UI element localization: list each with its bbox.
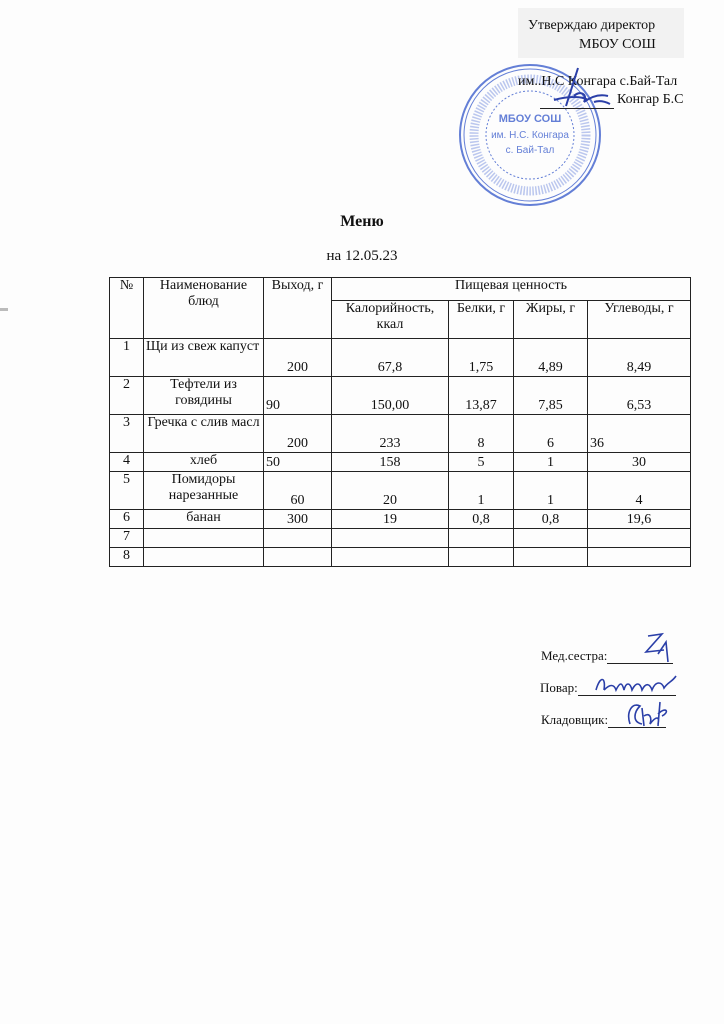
cell-fat — [514, 529, 588, 548]
cell-protein: 5 — [449, 453, 514, 472]
cell-carbs: 4 — [588, 472, 691, 510]
cell-yield: 300 — [264, 510, 332, 529]
cell-name: Щи из свеж капуст — [144, 339, 264, 377]
table-row: 8 — [110, 548, 691, 567]
cook-signature — [592, 672, 682, 698]
cell-calories — [332, 548, 449, 567]
cell-fat: 4,89 — [514, 339, 588, 377]
cell-fat: 1 — [514, 453, 588, 472]
cell-name — [144, 548, 264, 567]
document-date: на 12.05.23 — [0, 248, 724, 265]
cell-carbs — [588, 529, 691, 548]
header-num: № — [110, 278, 144, 339]
cell-num: 8 — [110, 548, 144, 567]
cell-name — [144, 529, 264, 548]
cell-name: Гречка с слив масл — [144, 415, 264, 453]
cell-fat: 6 — [514, 415, 588, 453]
director-signature — [548, 66, 618, 112]
header-protein: Белки, г — [449, 301, 514, 339]
nurse-signature — [638, 632, 678, 668]
cell-protein: 1 — [449, 472, 514, 510]
svg-text:МБОУ СОШ: МБОУ СОШ — [499, 113, 562, 125]
cell-calories: 158 — [332, 453, 449, 472]
svg-text:им. Н.С. Конгара: им. Н.С. Конгара — [491, 130, 569, 141]
header-nutrition-group: Пищевая ценность — [332, 278, 691, 301]
cell-name: банан — [144, 510, 264, 529]
cell-yield: 60 — [264, 472, 332, 510]
cell-num: 3 — [110, 415, 144, 453]
cell-protein: 1,75 — [449, 339, 514, 377]
approval-line-1: Утверждаю директор — [528, 18, 655, 34]
cell-calories: 150,00 — [332, 377, 449, 415]
table-row: 7 — [110, 529, 691, 548]
cell-protein: 13,87 — [449, 377, 514, 415]
cell-calories: 233 — [332, 415, 449, 453]
cell-fat — [514, 548, 588, 567]
scan-edge-mark — [0, 308, 8, 311]
cell-num: 5 — [110, 472, 144, 510]
cell-carbs: 19,6 — [588, 510, 691, 529]
cell-name: хлеб — [144, 453, 264, 472]
cook-label: Повар: — [540, 680, 578, 695]
header-fat: Жиры, г — [514, 301, 588, 339]
cell-yield: 200 — [264, 339, 332, 377]
cell-protein — [449, 529, 514, 548]
cell-carbs: 30 — [588, 453, 691, 472]
table-row: 5Помидоры нарезанные6020114 — [110, 472, 691, 510]
cell-num: 7 — [110, 529, 144, 548]
table-row: 2Тефтели из говядины90150,0013,877,856,5… — [110, 377, 691, 415]
cell-fat: 1 — [514, 472, 588, 510]
cell-num: 2 — [110, 377, 144, 415]
cell-calories: 67,8 — [332, 339, 449, 377]
cell-protein: 0,8 — [449, 510, 514, 529]
cell-yield: 200 — [264, 415, 332, 453]
cell-num: 1 — [110, 339, 144, 377]
header-name: Наименование блюд — [144, 278, 264, 339]
table-row: 4хлеб501585130 — [110, 453, 691, 472]
cell-name: Помидоры нарезанные — [144, 472, 264, 510]
director-name: Конгар Б.С — [617, 92, 683, 108]
header-calories: Калорийность, ккал — [332, 301, 449, 339]
cell-carbs — [588, 548, 691, 567]
svg-text:с. Бай-Тал: с. Бай-Тал — [506, 145, 555, 156]
approval-line-2: МБОУ СОШ — [579, 37, 656, 53]
storekeeper-signature — [622, 698, 674, 732]
cell-yield: 50 — [264, 453, 332, 472]
cell-num: 6 — [110, 510, 144, 529]
cell-yield — [264, 529, 332, 548]
table-row: 3Гречка с слив масл2002338636 — [110, 415, 691, 453]
cell-fat: 7,85 — [514, 377, 588, 415]
cell-protein: 8 — [449, 415, 514, 453]
header-carbs: Углеводы, г — [588, 301, 691, 339]
cell-num: 4 — [110, 453, 144, 472]
header-yield: Выход, г — [264, 278, 332, 339]
cell-calories — [332, 529, 449, 548]
cell-carbs: 36 — [588, 415, 691, 453]
cell-name: Тефтели из говядины — [144, 377, 264, 415]
cell-carbs: 8,49 — [588, 339, 691, 377]
cell-carbs: 6,53 — [588, 377, 691, 415]
cell-protein — [449, 548, 514, 567]
cell-calories: 20 — [332, 472, 449, 510]
menu-table: № Наименование блюд Выход, г Пищевая цен… — [109, 277, 691, 567]
cell-fat: 0,8 — [514, 510, 588, 529]
storekeeper-label: Кладовщик: — [541, 712, 608, 727]
nurse-label: Мед.сестра: — [541, 648, 607, 663]
table-row: 1Щи из свеж капуст20067,81,754,898,49 — [110, 339, 691, 377]
cell-calories: 19 — [332, 510, 449, 529]
document-title: Меню — [0, 213, 724, 231]
table-row: 6банан300190,80,819,6 — [110, 510, 691, 529]
cell-yield: 90 — [264, 377, 332, 415]
cell-yield — [264, 548, 332, 567]
